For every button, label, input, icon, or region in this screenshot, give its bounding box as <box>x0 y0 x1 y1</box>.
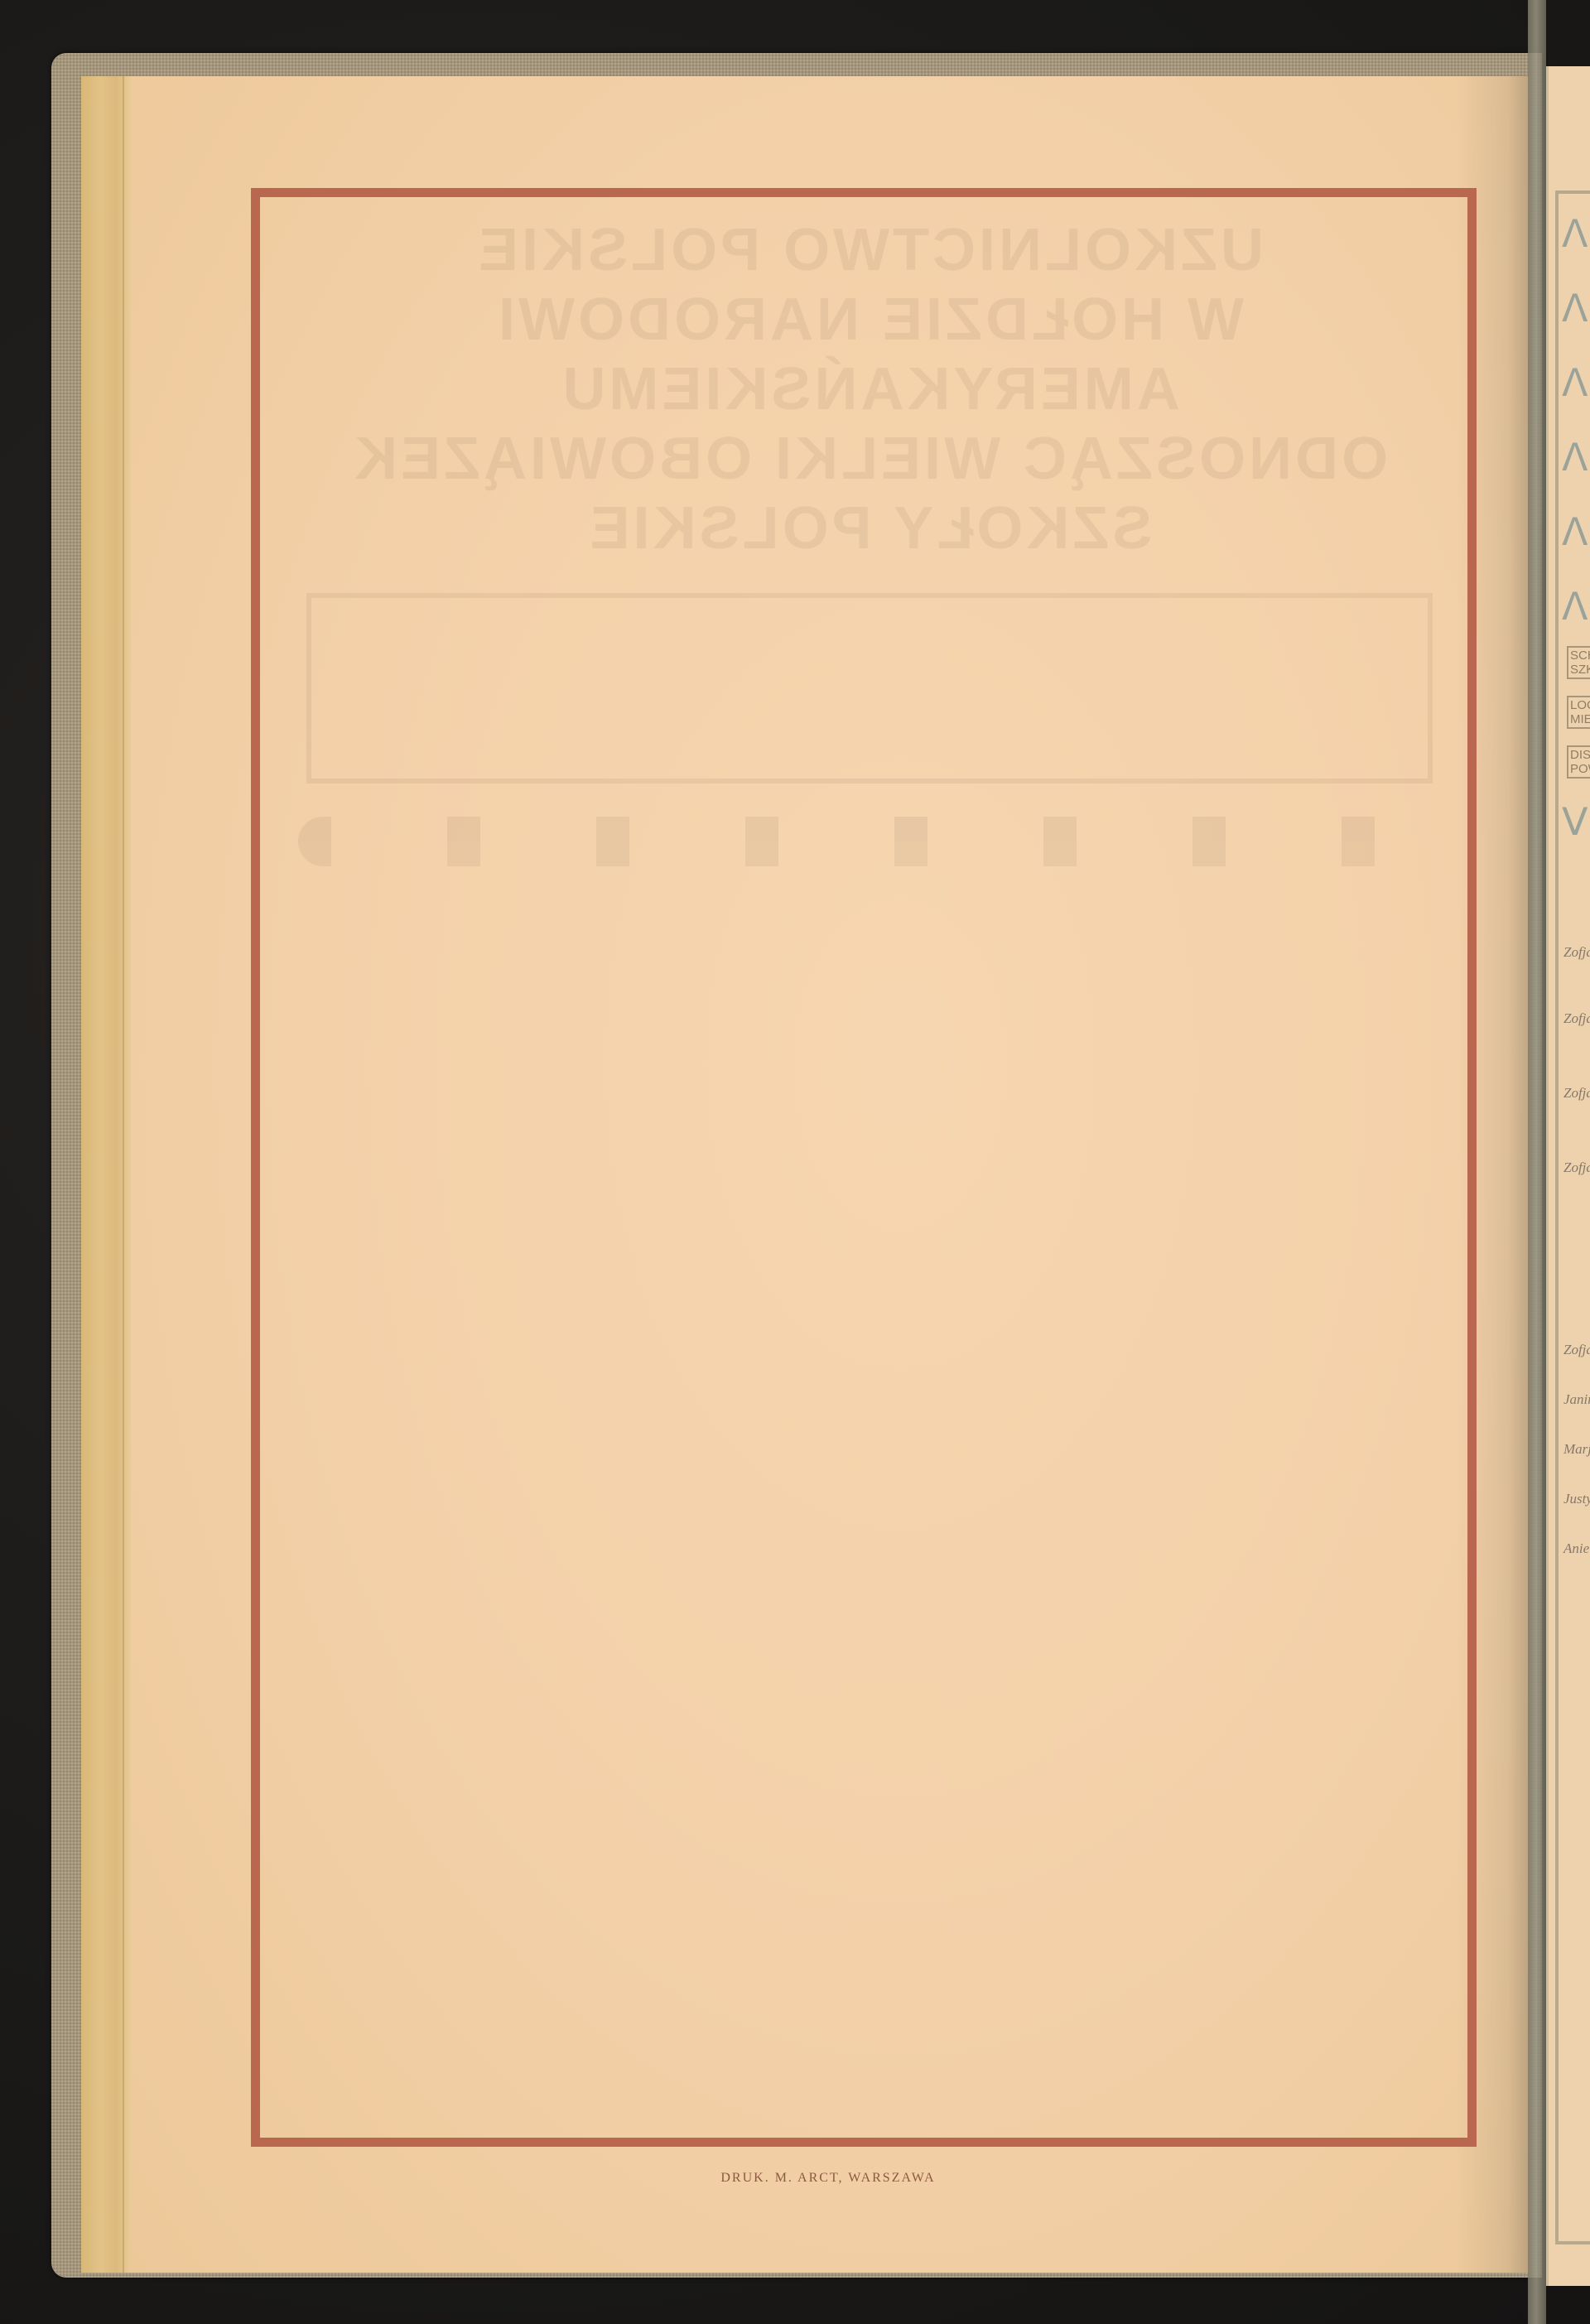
label-line: POWIA <box>1570 762 1590 776</box>
label-line: LOCAL <box>1570 698 1590 712</box>
facing-label-locality: LOCAL MIEJSC <box>1567 696 1590 729</box>
handwritten-entry: Justyna <box>1563 1491 1590 1507</box>
label-line: DISTRI <box>1570 748 1590 762</box>
handwritten-entry: Zofja <box>1563 1342 1590 1358</box>
facing-label-school: SCHOO SZKOŁA <box>1567 646 1590 679</box>
ornament-icon: ᐱ <box>1562 439 1588 477</box>
handwritten-entry: Zofja <box>1563 1160 1590 1176</box>
page-block-edge <box>81 76 131 2273</box>
facing-page-frame <box>1555 190 1590 2244</box>
ornament-icon: ᐱ <box>1562 364 1588 403</box>
decorative-border-frame <box>251 188 1477 2147</box>
handwritten-entry: Zofja <box>1563 1085 1590 1102</box>
label-line: SZKOŁA <box>1570 663 1590 677</box>
ornament-icon: ᐱ <box>1562 290 1588 328</box>
scanner-glass-edge <box>1528 0 1546 2324</box>
facing-page: ᐱ ᐱ ᐱ ᐱ ᐱ ᐱ SCHOO SZKOŁA LOCAL MIEJSC DI… <box>1546 66 1590 2286</box>
facing-label-district: DISTRI POWIA <box>1567 745 1590 779</box>
handwritten-entry: Marjanna <box>1563 1441 1590 1458</box>
label-line: SCHOO <box>1570 649 1590 663</box>
ornament-icon: ᐱ <box>1562 215 1588 253</box>
printer-imprint: DRUK. M. ARCT, WARSZAWA <box>0 2171 1590 2186</box>
handwritten-entry: Aniela <box>1563 1540 1590 1557</box>
ornament-icon: ᐱ <box>1562 513 1588 552</box>
handwritten-entry: Zofja <box>1563 944 1590 961</box>
ornament-icon: ᐱ <box>1562 588 1588 626</box>
label-line: MIEJSC <box>1570 712 1590 726</box>
handwritten-entry: Janina <box>1563 1391 1590 1408</box>
ornament-icon: ᐯ <box>1562 803 1588 841</box>
handwritten-entry: Zofja <box>1563 1010 1590 1027</box>
